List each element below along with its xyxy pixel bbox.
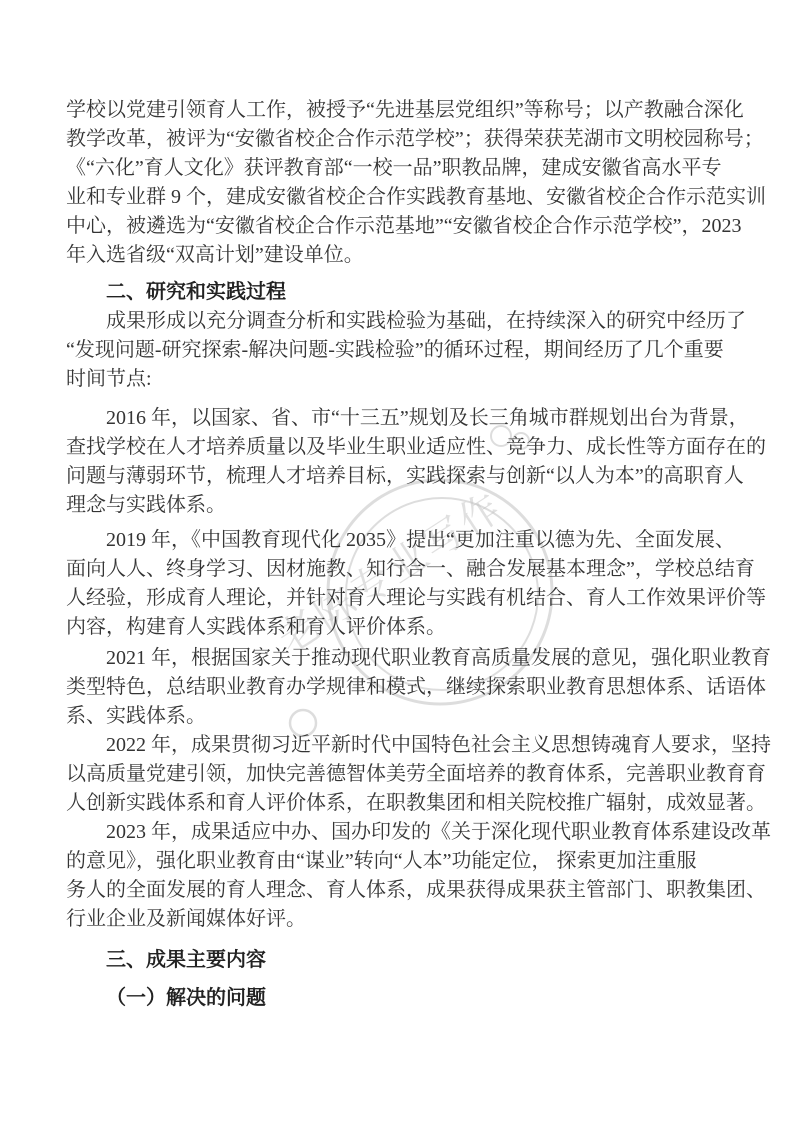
text-line: 2022 年，成果贯彻习近平新时代中国特色社会主义思想铸魂育人要求，坚持 — [66, 731, 738, 760]
text-line: 的意见》，强化职业教育由“谋业”转向“人本”功能定位， 探索更加注重服 — [66, 847, 738, 876]
section3-heading: 三、成果主要内容 — [66, 946, 738, 975]
para-overview: 成果形成以充分调查分析和实践检验为基础，在持续深入的研究中经历了 “发现问题-研… — [66, 307, 738, 394]
text-line: 2016 年，以国家、省、市“十三五”规划及长三角城市群规划出台为背景， — [66, 404, 738, 433]
text-line: 务人的全面发展的育人理念、育人体系，成果获得成果获主管部门、职教集团、 — [66, 876, 738, 905]
text-line: 业和专业群 9 个，建成安徽省校企合作实践教育基地、安徽省校企合作示范实训 — [66, 183, 738, 212]
text-line: 2021 年，根据国家关于推动现代职业教育高质量发展的意见，强化职业教育 — [66, 644, 738, 673]
text-line: 内容，构建育人实践体系和育人评价体系。 — [66, 613, 738, 642]
text-line: 教学改革，被评为“安徽省校企合作示范学校”；获得荣获芜湖市文明校园称号； — [66, 125, 738, 154]
text-line: 中心，被遴选为“安徽省校企合作示范基地”“安徽省校企合作示范学校”，2023 — [66, 212, 738, 241]
document-body: 学校以党建引领育人工作，被授予“先进基层党组织”等称号；以产教融合深化 教学改革… — [66, 96, 738, 1013]
text-line: 类型特色，总结职业教育办学规律和模式，继续探索职业教育思想体系、话语体 — [66, 673, 738, 702]
para-2019: 2019 年，《中国教育现代化 2035》提出“更加注重以德为先、全面发展、 面… — [66, 526, 738, 642]
text-line: 学校以党建引领育人工作，被授予“先进基层党组织”等称号；以产教融合深化 — [66, 96, 738, 125]
para-intro: 学校以党建引领育人工作，被授予“先进基层党组织”等称号；以产教融合深化 教学改革… — [66, 96, 738, 270]
text-line: 《“六化”育人文化》获评教育部“一校一品”职教品牌，建成安徽省高水平专 — [66, 154, 738, 183]
text-line: “发现问题-研究探索-解决问题-实践检验”的循环过程，期间经历了几个重要 — [66, 336, 738, 365]
text-line: 成果形成以充分调查分析和实践检验为基础，在持续深入的研究中经历了 — [66, 307, 738, 336]
text-line: 人经验，形成育人理论，并针对育人理论与实践有机结合、育人工作效果评价等 — [66, 584, 738, 613]
para-2023: 2023 年，成果适应中办、国办印发的《关于深化现代职业教育体系建设改革 的意见… — [66, 818, 738, 934]
para-2016: 2016 年，以国家、省、市“十三五”规划及长三角城市群规划出台为背景， 查找学… — [66, 404, 738, 520]
text-line: 理念与实践体系。 — [66, 491, 738, 520]
text-line: 问题与薄弱环节，梳理人才培养目标，实践探索与创新“以人为本”的高职育人 — [66, 462, 738, 491]
document-page: 老陈专业写作 学校以党建引领育人工作，被授予“先进基层党组织”等称号；以产教融合… — [0, 0, 800, 1131]
text-line: 以高质量党建引领，加快完善德智体美劳全面培养的教育体系，完善职业教育育 — [66, 760, 738, 789]
text-line: 2019 年，《中国教育现代化 2035》提出“更加注重以德为先、全面发展、 — [66, 526, 738, 555]
section2-heading: 二、研究和实践过程 — [66, 278, 738, 307]
text-line: 面向人人、终身学习、因材施教、知行合一、融合发展基本理念”，学校总结育 — [66, 555, 738, 584]
section3-sub1-heading: （一）解决的问题 — [66, 984, 738, 1013]
text-line: 行业企业及新闻媒体好评。 — [66, 905, 738, 934]
para-2022: 2022 年，成果贯彻习近平新时代中国特色社会主义思想铸魂育人要求，坚持 以高质… — [66, 731, 738, 818]
text-line: 人创新实践体系和育人评价体系，在职教集团和相关院校推广辐射，成效显著。 — [66, 789, 738, 818]
text-line: 年入选省级“双高计划”建设单位。 — [66, 241, 738, 270]
text-line: 系、实践体系。 — [66, 702, 738, 731]
text-line: 时间节点: — [66, 365, 738, 394]
text-line: 2023 年，成果适应中办、国办印发的《关于深化现代职业教育体系建设改革 — [66, 818, 738, 847]
text-line: 查找学校在人才培养质量以及毕业生职业适应性、竞争力、成长性等方面存在的 — [66, 433, 738, 462]
para-2021: 2021 年，根据国家关于推动现代职业教育高质量发展的意见，强化职业教育 类型特… — [66, 644, 738, 731]
